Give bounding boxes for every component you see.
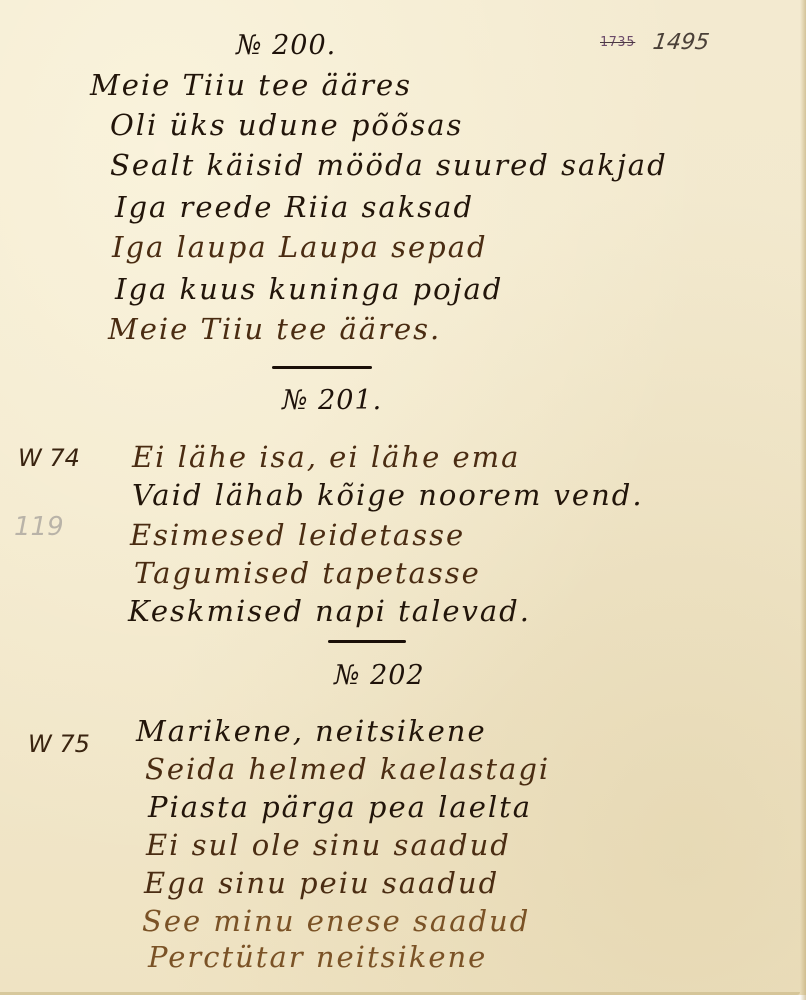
verse-line: Marikene, neitsikene [136,714,487,748]
verse-line: Vaid lähab kõige noorem vend. [132,478,644,512]
margin-note: W 75 [28,730,90,758]
verse-line: Meie Tiiu tee ääres [90,68,412,102]
verse-number: № 201. [282,385,382,416]
verse-line: Esimesed leidetasse [130,518,465,552]
verse-line: Ei lähe isa, ei lähe ema [132,440,520,474]
margin-note: W 74 [18,444,80,472]
verse-line: Iga laupa Laupa sepad [112,230,488,264]
verse-line: Iga reede Riia saksad [115,190,474,224]
verse-line: Keskmised napi talevad. [128,594,531,628]
archive-number: 1735 1495 [600,30,709,55]
section-divider [272,366,372,369]
verse-line: Ega sinu peiu saadud [144,866,499,900]
verse-line: Oli üks udune põõsas [110,108,463,142]
verse-line: Seida helmed kaelastagi [145,752,550,786]
verse-line: See minu enese saadud [142,904,530,938]
manuscript-page: 1735 1495 № 200. Meie Tiiu tee ääres Oli… [0,0,806,1000]
verse-line: Meie Tiiu tee ääres. [108,312,441,346]
stamped-number-crossed-out: 1735 [600,35,635,50]
verse-line: Tagumised tapetasse [134,556,481,590]
section-divider [328,640,406,643]
pencil-page-number: 1495 [652,30,712,55]
verse-line: Perctütar neitsikene [148,940,487,974]
verse-number: № 200. [236,30,336,61]
verse-line: Piasta pärga pea laelta [148,790,532,824]
verse-number: № 202 [334,660,425,691]
verse-line: Ei sul ole sinu saadud [146,828,511,862]
verse-line: Sealt käisid mööda suured sakjad [110,148,668,182]
page-bottom-edge [0,995,806,1000]
pencil-margin-note: 119 [14,512,64,542]
verse-line: Iga kuus kuninga pojad [115,272,503,306]
